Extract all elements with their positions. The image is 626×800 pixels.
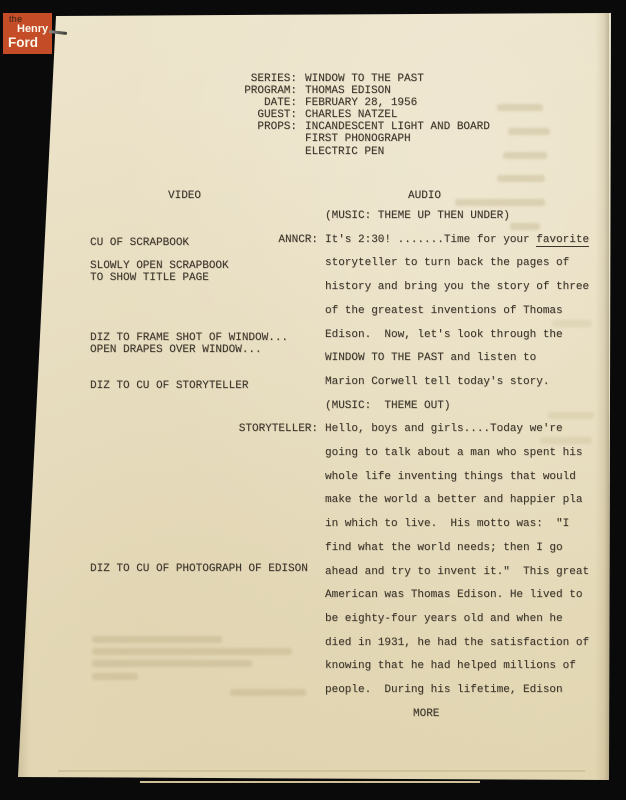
video-cue-line: OPEN DRAPES OVER WINDOW...	[90, 344, 288, 356]
audio-line: WINDOW TO THE PAST and listen to	[325, 347, 610, 371]
bleedthrough-text-ghost	[92, 636, 222, 643]
audio-line: storyteller to turn back the pages of	[325, 252, 610, 276]
underlined-word: favorite	[536, 234, 589, 248]
audio-line: died in 1931, he had the satisfaction of	[325, 632, 610, 656]
video-cue-line: TO SHOW TITLE PAGE	[90, 272, 229, 284]
speaker-label: STORYTELLER:	[239, 418, 325, 442]
henry-ford-logo: the Henry Ford	[3, 13, 52, 54]
audio-line: STORYTELLER:Hello, boys and girls....Tod…	[325, 418, 610, 442]
audio-line: find what the world needs; then I go	[325, 537, 610, 561]
video-column-header: VIDEO	[168, 190, 201, 202]
video-cue-line: DIZ TO CU OF STORYTELLER	[90, 380, 248, 392]
bleedthrough-text-ghost	[230, 689, 306, 696]
header-row: ELECTRIC PEN	[233, 146, 490, 158]
audio-line: American was Thomas Edison. He lived to	[325, 584, 610, 608]
header-label	[233, 133, 297, 145]
video-cue-line: DIZ TO FRAME SHOT OF WINDOW...	[90, 332, 288, 344]
logo-text-ford: Ford	[8, 35, 38, 50]
video-cue-line: SLOWLY OPEN SCRAPBOOK	[90, 260, 229, 272]
audio-line: ANNCR:It's 2:30! .......Time for your fa…	[325, 229, 610, 253]
bleedthrough-text-ghost	[92, 648, 292, 655]
audio-line: (MUSIC: THEME OUT)	[325, 395, 610, 419]
second-sheet-edge	[58, 770, 585, 772]
video-cue: DIZ TO CU OF PHOTOGRAPH OF EDISON	[90, 563, 308, 575]
bleedthrough-text-ghost	[92, 660, 252, 667]
audio-line: of the greatest inventions of Thomas	[325, 300, 610, 324]
header-row: PROGRAM:THOMAS EDISON	[233, 85, 490, 97]
document-page: SERIES:WINDOW TO THE PASTPROGRAM:THOMAS …	[0, 0, 626, 800]
audio-column-header: AUDIO	[408, 190, 441, 202]
video-cue-line: CU OF SCRAPBOOK	[90, 237, 189, 249]
production-info-block: SERIES:WINDOW TO THE PASTPROGRAM:THOMAS …	[233, 73, 490, 158]
logo-text-henry: Henry	[17, 23, 48, 35]
audio-line: ahead and try to invent it." This great	[325, 561, 610, 585]
audio-line: people. During his lifetime, Edison	[325, 679, 610, 703]
audio-line: in which to live. His motto was: "I	[325, 513, 610, 537]
bleedthrough-text-ghost	[497, 104, 543, 111]
video-cue: DIZ TO CU OF STORYTELLER	[90, 380, 248, 392]
video-cue: CU OF SCRAPBOOK	[90, 237, 189, 249]
bleedthrough-text-ghost	[508, 128, 550, 135]
header-value: FEBRUARY 28, 1956	[305, 97, 417, 109]
audio-line: going to talk about a man who spent his	[325, 442, 610, 466]
header-value: CHARLES NATZEL	[305, 109, 397, 121]
bleedthrough-text-ghost	[92, 673, 138, 680]
audio-line: knowing that he had helped millions of	[325, 655, 610, 679]
header-label: PROGRAM:	[233, 85, 297, 97]
audio-line: history and bring you the story of three	[325, 276, 610, 300]
scanned-page-background: SERIES:WINDOW TO THE PASTPROGRAM:THOMAS …	[0, 0, 626, 800]
header-value: FIRST PHONOGRAPH	[305, 133, 411, 145]
header-value: WINDOW TO THE PAST	[305, 73, 424, 85]
audio-line: Marion Corwell tell today's story.	[325, 371, 610, 395]
header-label: DATE:	[233, 97, 297, 109]
header-label	[233, 146, 297, 158]
header-label: GUEST:	[233, 109, 297, 121]
bleedthrough-text-ghost	[497, 175, 545, 182]
header-value: INCANDESCENT LIGHT AND BOARD	[305, 121, 490, 133]
more-continuation-label: MORE	[413, 703, 439, 727]
audio-line: make the world a better and happier pla	[325, 489, 610, 513]
header-row: PROPS:INCANDESCENT LIGHT AND BOARD	[233, 121, 490, 133]
audio-line: whole life inventing things that would	[325, 466, 610, 490]
bleedthrough-text-ghost	[503, 152, 547, 159]
header-label: SERIES:	[233, 73, 297, 85]
video-cue: DIZ TO FRAME SHOT OF WINDOW...OPEN DRAPE…	[90, 332, 288, 356]
header-value: ELECTRIC PEN	[305, 146, 384, 158]
video-cue: SLOWLY OPEN SCRAPBOOKTO SHOW TITLE PAGE	[90, 260, 229, 284]
audio-line: (MUSIC: THEME UP THEN UNDER)	[325, 205, 610, 229]
header-value: THOMAS EDISON	[305, 85, 391, 97]
header-row: DATE:FEBRUARY 28, 1956	[233, 97, 490, 109]
header-row: FIRST PHONOGRAPH	[233, 133, 490, 145]
header-label: PROPS:	[233, 121, 297, 133]
page-edge-left	[18, 16, 30, 777]
audio-line: Edison. Now, let's look through the	[325, 324, 610, 348]
speaker-label: ANNCR:	[278, 229, 325, 253]
header-row: GUEST:CHARLES NATZEL	[233, 109, 490, 121]
header-row: SERIES:WINDOW TO THE PAST	[233, 73, 490, 85]
second-sheet-edge	[140, 781, 480, 784]
video-cue-line: DIZ TO CU OF PHOTOGRAPH OF EDISON	[90, 563, 308, 575]
audio-script-column: (MUSIC: THEME UP THEN UNDER)ANNCR:It's 2…	[325, 205, 610, 703]
audio-line: be eighty-four years old and when he	[325, 608, 610, 632]
